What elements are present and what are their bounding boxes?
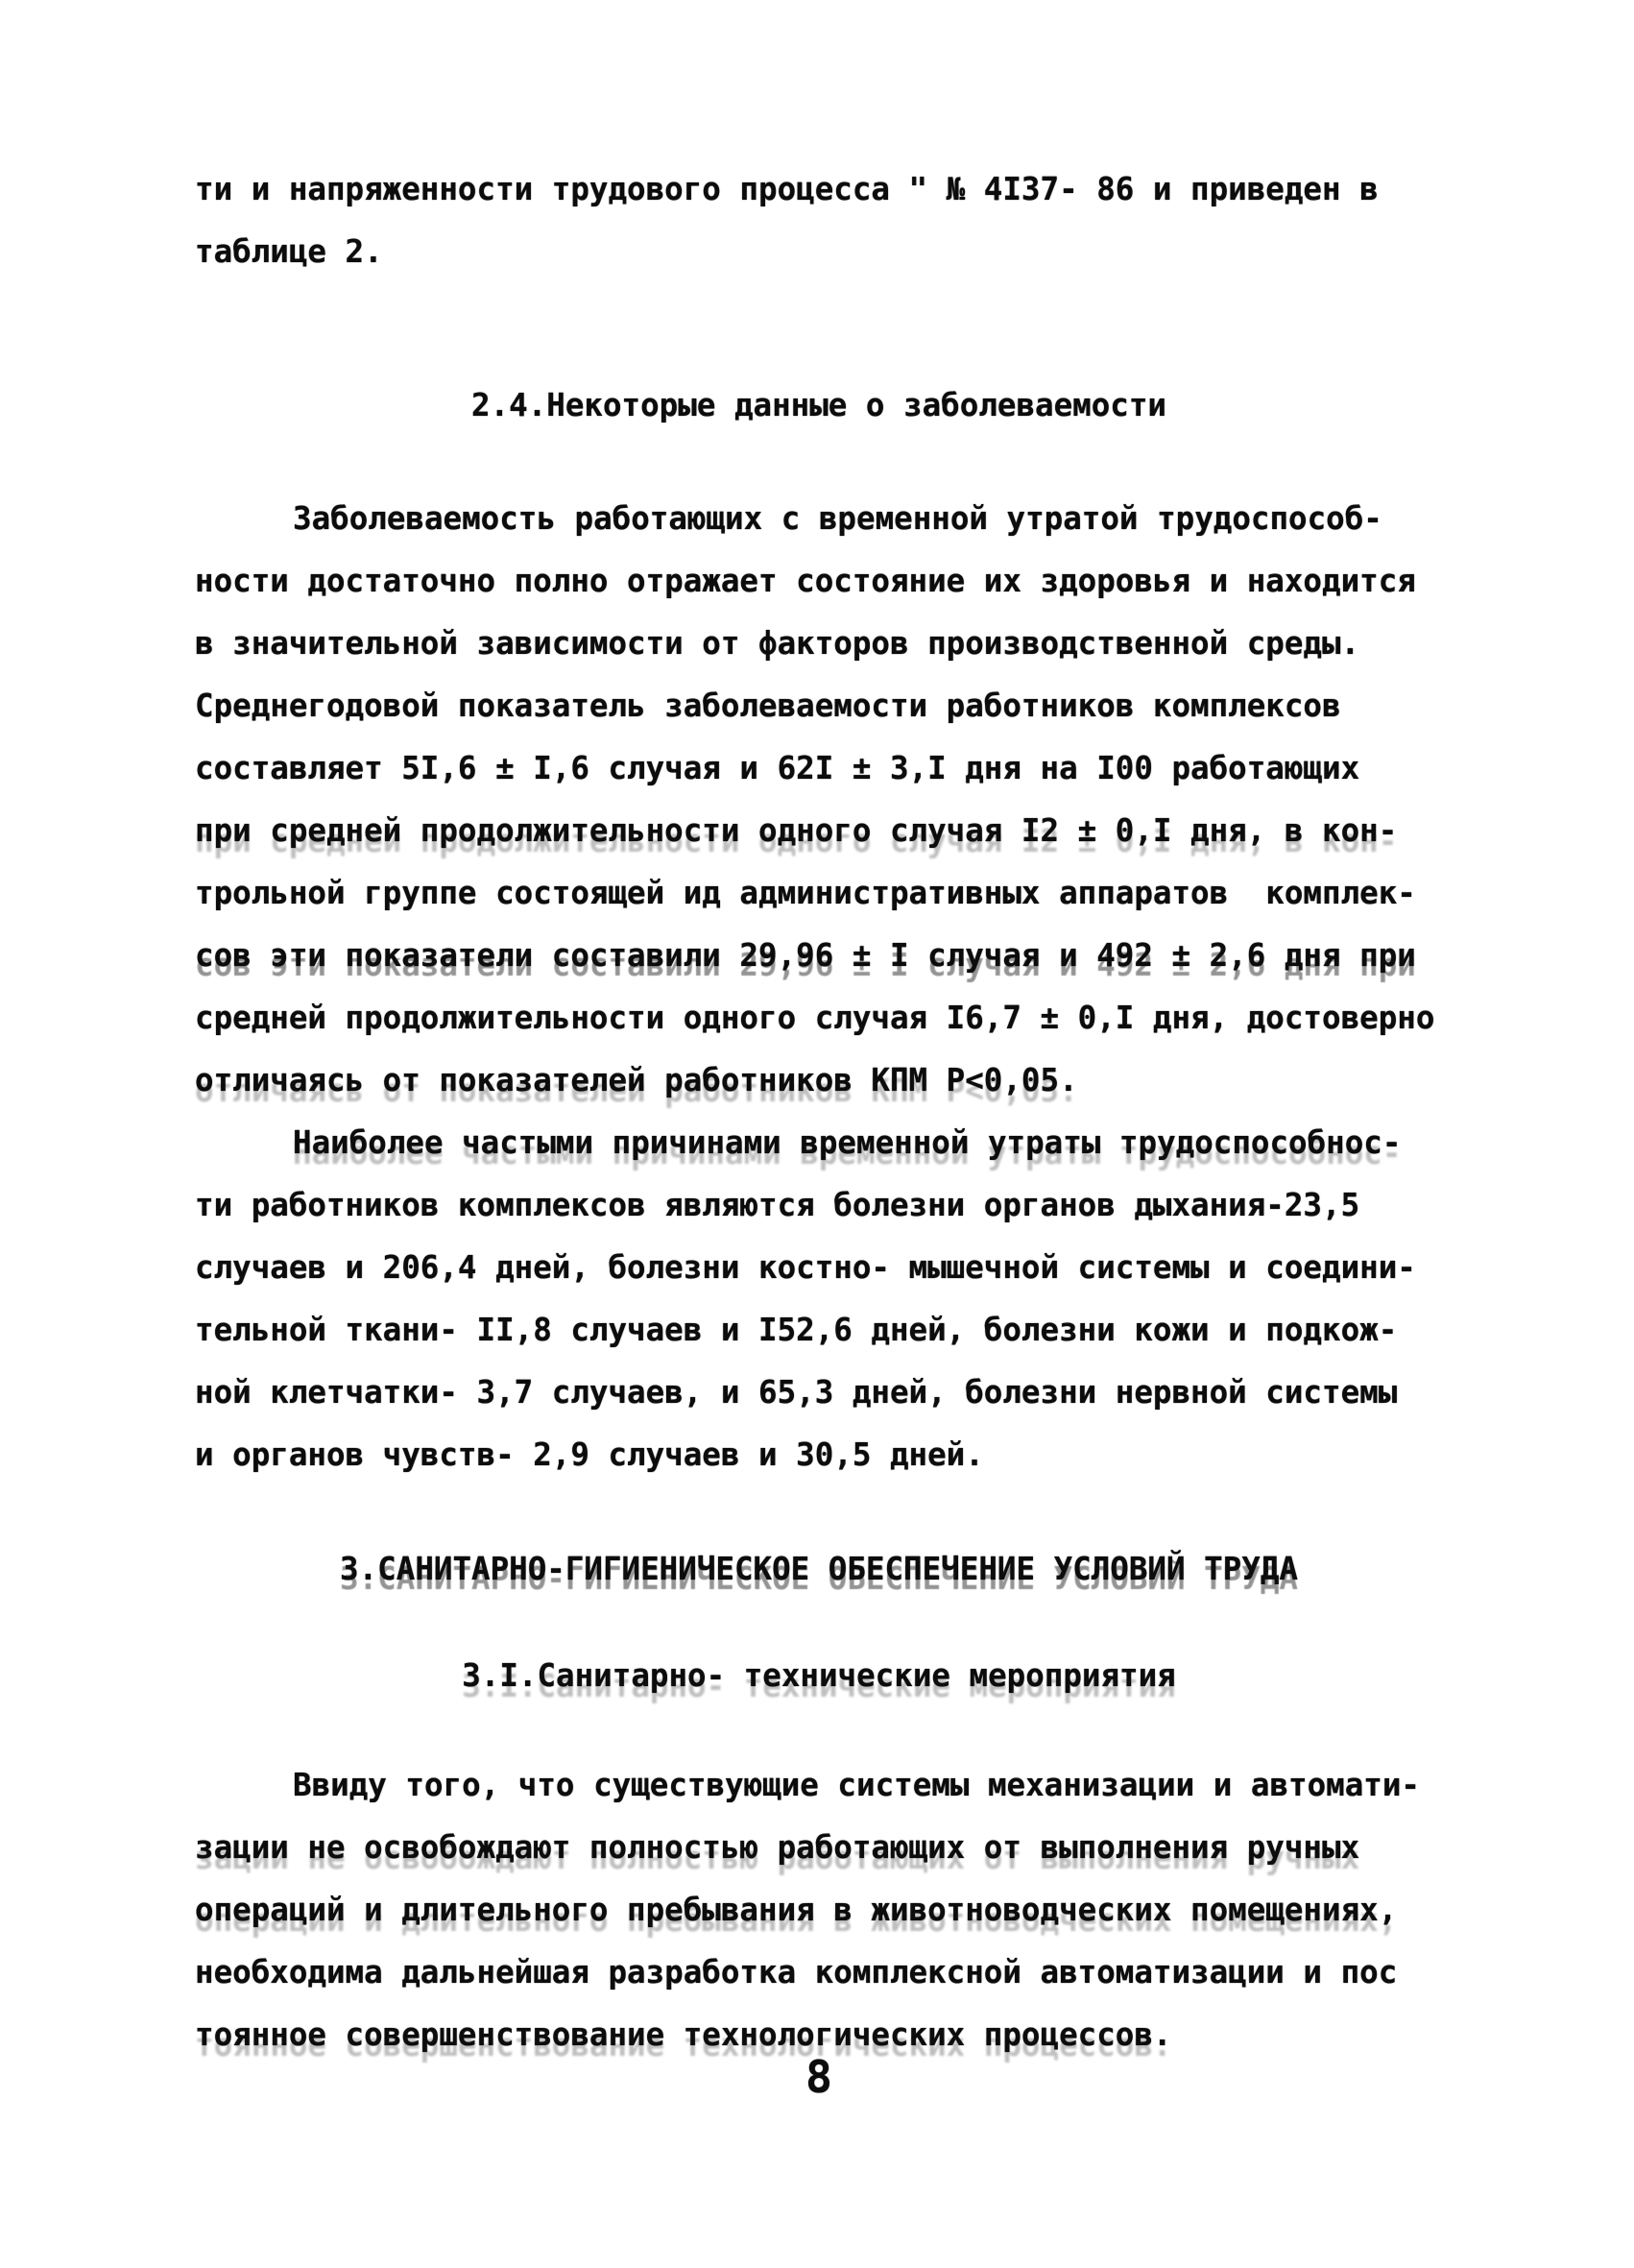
body-line: сов эти показатели составили 29,96 ± I с… xyxy=(195,925,1443,987)
body-line: Среднегодовой показатель заболеваемости … xyxy=(195,675,1443,737)
section-3-heading: 3.САНИТАРНО-ГИГИЕНИЧЕСКОЕ ОБЕСПЕЧЕНИЕ УС… xyxy=(195,1538,1443,1601)
morbidity-paragraph-1: Заболеваемость работающих с временной ут… xyxy=(195,488,1443,1112)
intro-line: ти и напряженности трудового процесса " … xyxy=(195,158,1443,221)
body-line: средней продолжительности одного случая … xyxy=(195,987,1443,1050)
document-content: ти и напряженности трудового процесса " … xyxy=(195,0,1443,2101)
body-line: тельной ткани- II,8 случаев и I52,6 дней… xyxy=(195,1299,1443,1362)
body-line: ти работников комплексов являются болезн… xyxy=(195,1174,1443,1237)
body-line: отличаясь от показателей работников КПМ … xyxy=(195,1050,1443,1112)
body-line: Наиболее частыми причинами временной утр… xyxy=(195,1112,1443,1174)
body-line: при средней продолжительности одного слу… xyxy=(195,800,1443,862)
intro-line: таблице 2. xyxy=(195,221,1443,283)
body-line: составляет 5I,6 ± I,6 случая и 62I ± 3,I… xyxy=(195,737,1443,800)
section-2-4-heading: 2.4.Некоторые данные о заболеваемости xyxy=(195,374,1443,437)
body-line: в значительной зависимости от факторов п… xyxy=(195,613,1443,675)
body-line: ности достаточно полно отражает состояни… xyxy=(195,550,1443,613)
body-line: Ввиду того, что существующие системы мех… xyxy=(195,1754,1443,1817)
intro-paragraph: ти и напряженности трудового процесса " … xyxy=(195,0,1443,283)
morbidity-paragraph-2: Наиболее частыми причинами временной утр… xyxy=(195,1112,1443,1486)
body-line: зации не освобождают полностью работающи… xyxy=(195,1817,1443,1879)
body-line: операций и длительного пребывания в живо… xyxy=(195,1879,1443,1942)
body-line: Заболеваемость работающих с временной ут… xyxy=(195,488,1443,550)
body-line: случаев и 206,4 дней, болезни костно- мы… xyxy=(195,1237,1443,1299)
body-line: и органов чувств- 2,9 случаев и 30,5 дне… xyxy=(195,1424,1443,1486)
automation-paragraph: Ввиду того, что существующие системы мех… xyxy=(195,1754,1443,2066)
section-3-1-subheading: 3.I.Санитарно- технические мероприятия xyxy=(195,1645,1443,1707)
scanned-document-page: ти и напряженности трудового процесса " … xyxy=(0,0,1634,2268)
body-line: трольной группе состоящей ид администрат… xyxy=(195,862,1443,925)
body-line: необходима дальнейшая разработка комплек… xyxy=(195,1942,1443,2004)
body-line: ной клетчатки- 3,7 случаев, и 65,3 дней,… xyxy=(195,1362,1443,1424)
